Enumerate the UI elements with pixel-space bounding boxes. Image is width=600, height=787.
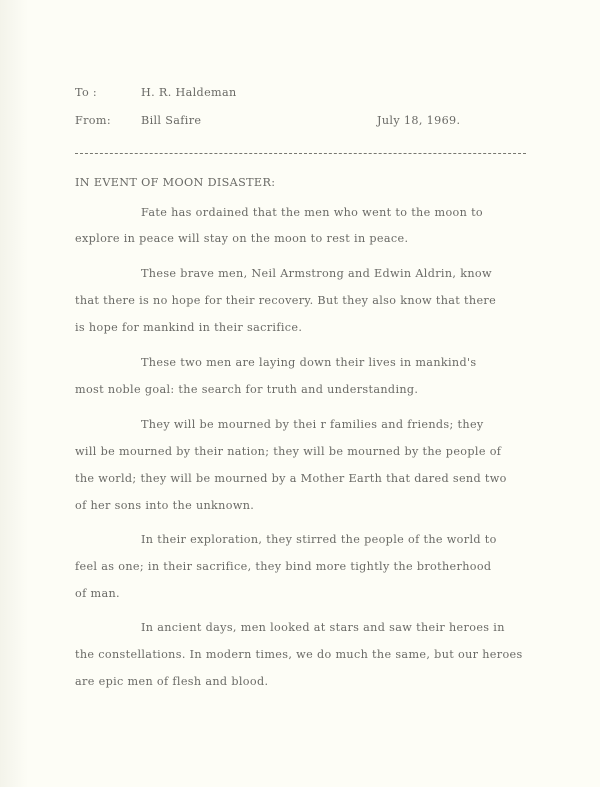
memo-body-line: In their exploration, they stirred the p… bbox=[141, 533, 497, 547]
memo-body-line: the world; they will be mourned by a Mot… bbox=[75, 472, 507, 486]
memo-body-line: will be mourned by their nation; they wi… bbox=[75, 445, 501, 459]
memo-page: To : H. R. Haldeman From: Bill Safire Ju… bbox=[0, 0, 600, 787]
from-label: From: bbox=[75, 114, 111, 128]
memo-body-line: explore in peace will stay on the moon t… bbox=[75, 232, 408, 246]
memo-body-line: of her sons into the unknown. bbox=[75, 499, 254, 513]
memo-body-line: is hope for mankind in their sacrifice. bbox=[75, 321, 302, 335]
from-sender: Bill Safire bbox=[141, 114, 201, 128]
to-label: To : bbox=[75, 86, 97, 100]
memo-body-line: most noble goal: the search for truth an… bbox=[75, 383, 418, 397]
to-recipient: H. R. Haldeman bbox=[141, 86, 237, 100]
memo-body-line: These brave men, Neil Armstrong and Edwi… bbox=[141, 267, 492, 281]
memo-body-line: of man. bbox=[75, 587, 120, 601]
memo-date: July 18, 1969. bbox=[377, 114, 460, 128]
memo-body-line: They will be mourned by thei r families … bbox=[141, 418, 484, 432]
memo-body-line: These two men are laying down their live… bbox=[141, 356, 477, 370]
dashed-divider bbox=[75, 153, 526, 154]
memo-body-line: feel as one; in their sacrifice, they bi… bbox=[75, 560, 491, 574]
memo-body-line: the constellations. In modern times, we … bbox=[75, 648, 523, 662]
memo-body-line: In ancient days, men looked at stars and… bbox=[141, 621, 505, 635]
memo-body-line: that there is no hope for their recovery… bbox=[75, 294, 496, 308]
memo-body-line: are epic men of flesh and blood. bbox=[75, 675, 268, 689]
memo-heading: IN EVENT OF MOON DISASTER: bbox=[75, 176, 275, 190]
memo-body-line: Fate has ordained that the men who went … bbox=[141, 206, 483, 220]
